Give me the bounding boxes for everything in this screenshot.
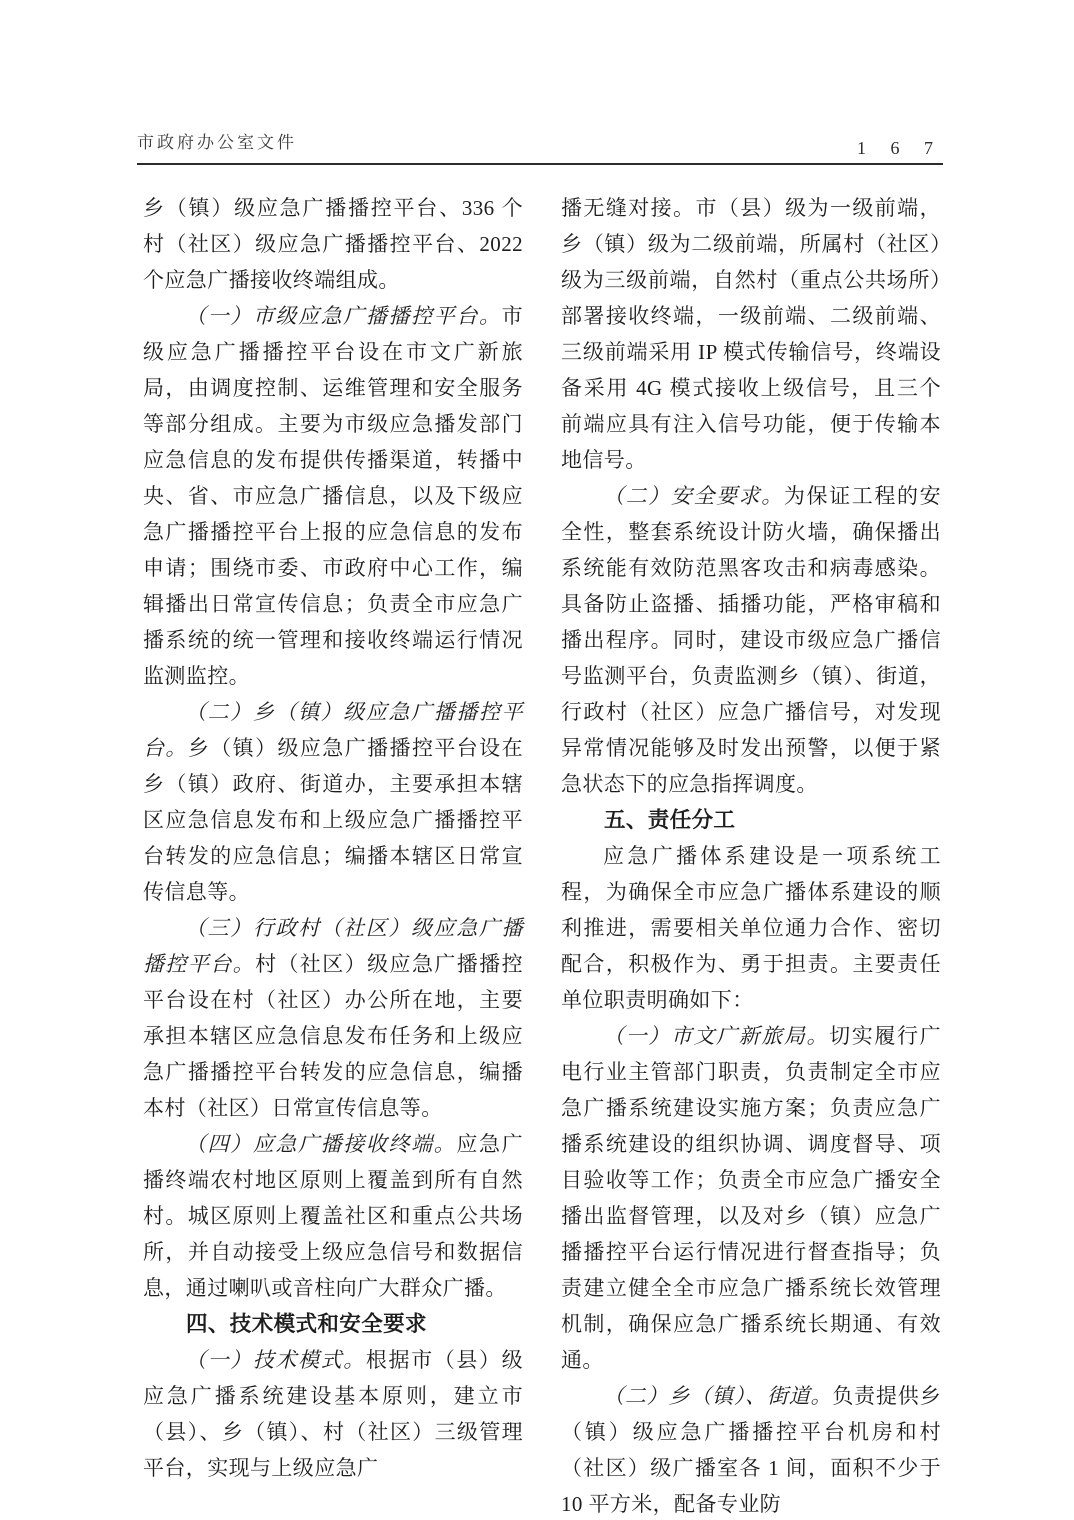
paragraph: （四）应急广播接收终端。应急广播终端农村地区原则上覆盖到所有自然村。城区原则上覆… — [143, 1126, 523, 1306]
paragraph: （二）乡（镇）、街道。负责提供乡（镇）级应急广播播控平台机房和村（社区）级广播室… — [561, 1378, 941, 1520]
paragraph: （二）安全要求。为保证工程的安全性，整套系统设计防火墙，确保播出系统能有效防范黑… — [561, 478, 941, 802]
paragraph: （三）行政村（社区）级应急广播播控平台。村（社区）级应急广播播控平台设在村（社区… — [143, 910, 523, 1126]
paragraph: 播无缝对接。市（县）级为一级前端，乡（镇）级为二级前端，所属村（社区）级为三级前… — [561, 190, 941, 478]
paragraph: 乡（镇）级应急广播播控平台、336 个村（社区）级应急广播播控平台、2022 个… — [143, 190, 523, 298]
paragraph: （一）技术模式。根据市（县）级应急广播系统建设基本原则，建立市（县）、乡（镇）、… — [143, 1342, 523, 1486]
header-divider — [137, 163, 943, 165]
paragraph: （一）市级应急广播播控平台。市级应急广播播控平台设在市文广新旅局，由调度控制、运… — [143, 298, 523, 694]
paragraph: （一）市文广新旅局。切实履行广电行业主管部门职责，负责制定全市应急广播系统建设实… — [561, 1018, 941, 1378]
page-number: 1 6 7 — [857, 138, 943, 161]
document-type-label: 市政府办公室文件 — [137, 128, 297, 161]
paragraph-lead: （一）市文广新旅局。 — [603, 1024, 829, 1048]
paragraph-lead: （一）市级应急广播播控平台。 — [185, 304, 502, 328]
paragraph-lead: （二）乡（镇）、街道。 — [603, 1384, 832, 1408]
paragraph: （二）乡（镇）级应急广播播控平台。乡（镇）级应急广播播控平台设在乡（镇）政府、街… — [143, 694, 523, 910]
section-heading: 五、责任分工 — [561, 802, 941, 838]
paragraph-lead: （二）乡（镇）级应急广播播控平台。 — [143, 700, 523, 760]
page-header: 市政府办公室文件 1 6 7 — [137, 128, 943, 161]
paragraph-lead: （二）安全要求。 — [603, 484, 784, 508]
column-right: 播无缝对接。市（县）级为一级前端，乡（镇）级为二级前端，所属村（社区）级为三级前… — [561, 190, 941, 1520]
section-heading: 四、技术模式和安全要求 — [143, 1306, 523, 1342]
paragraph-lead: （四）应急广播接收终端。 — [185, 1132, 456, 1156]
document-body: 乡（镇）级应急广播播控平台、336 个村（社区）级应急广播播控平台、2022 个… — [143, 190, 941, 1520]
paragraph-lead: （一）技术模式。 — [185, 1348, 366, 1372]
paragraph-lead: （三）行政村（社区）级应急广播播控平台。 — [143, 916, 523, 976]
column-left: 乡（镇）级应急广播播控平台、336 个村（社区）级应急广播播控平台、2022 个… — [143, 190, 523, 1520]
paragraph: 应急广播体系建设是一项系统工程，为确保全市应急广播体系建设的顺利推进，需要相关单… — [561, 838, 941, 1018]
document-page: 市政府办公室文件 1 6 7 乡（镇）级应急广播播控平台、336 个村（社区）级… — [0, 0, 1074, 1520]
